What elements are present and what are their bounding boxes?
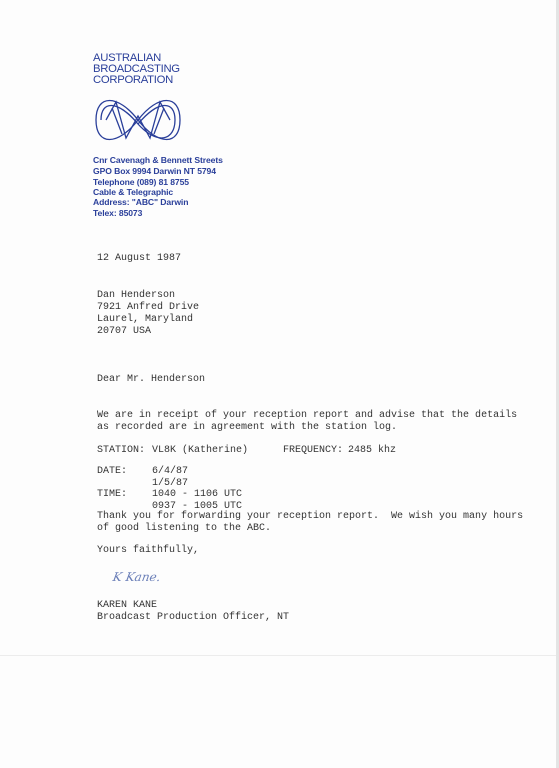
recipient-line: Dan Henderson <box>97 290 199 302</box>
paragraph-line: as recorded are in agreement with the st… <box>97 422 517 434</box>
address-line: Address: "ABC" Darwin <box>93 197 223 208</box>
date-label: DATE: <box>97 466 127 478</box>
address-line: Cable & Telegraphic <box>93 188 223 197</box>
frequency-label: FREQUENCY: <box>283 445 343 457</box>
letterhead-address: Cnr Cavenagh & Bennett Streets GPO Box 9… <box>93 155 223 219</box>
org-line: CORPORATION <box>93 75 180 86</box>
paragraph-line: Thank you for forwarding your reception … <box>97 511 523 523</box>
station-value: VL8K (Katherine) <box>152 445 248 457</box>
paragraph-thanks: Thank you for forwarding your reception … <box>97 511 523 535</box>
recipient-line: 20707 USA <box>97 326 199 338</box>
fold-line <box>0 655 559 656</box>
signer-name: KAREN KANE <box>97 600 157 612</box>
letter-date: 12 August 1987 <box>97 253 181 265</box>
time-label: TIME: <box>97 489 127 501</box>
recipient-line: Laurel, Maryland <box>97 314 199 326</box>
address-line: GPO Box 9994 Darwin NT 5794 <box>93 166 223 177</box>
reception-date: 6/4/87 <box>152 466 188 478</box>
frequency-value: 2485 khz <box>348 445 396 457</box>
paragraph-line: of good listening to the ABC. <box>97 523 523 535</box>
paragraph-receipt: We are in receipt of your reception repo… <box>97 410 517 434</box>
recipient-line: 7921 Anfred Drive <box>97 302 199 314</box>
signature: K Kane. <box>112 570 162 584</box>
reception-time: 1040 - 1106 UTC <box>152 489 242 501</box>
salutation: Dear Mr. Henderson <box>97 374 205 386</box>
reception-times: 1040 - 1106 UTC0937 - 1005 UTC <box>152 489 242 513</box>
organization-name: AUSTRALIAN BROADCASTING CORPORATION <box>93 53 180 86</box>
station-label: STATION: <box>97 445 145 457</box>
paragraph-line: We are in receipt of your reception repo… <box>97 410 517 422</box>
address-line: Cnr Cavenagh & Bennett Streets <box>93 155 223 166</box>
closing: Yours faithfully, <box>97 545 199 557</box>
recipient-address: Dan Henderson7921 Anfred DriveLaurel, Ma… <box>97 290 199 338</box>
signer-title: Broadcast Production Officer, NT <box>97 612 289 624</box>
letter-page: AUSTRALIAN BROADCASTING CORPORATION Cnr … <box>0 0 559 768</box>
address-line: Telex: 85073 <box>93 208 223 219</box>
abc-lissajous-logo-icon <box>92 88 184 152</box>
reception-dates: 6/4/871/5/87 <box>152 466 188 490</box>
